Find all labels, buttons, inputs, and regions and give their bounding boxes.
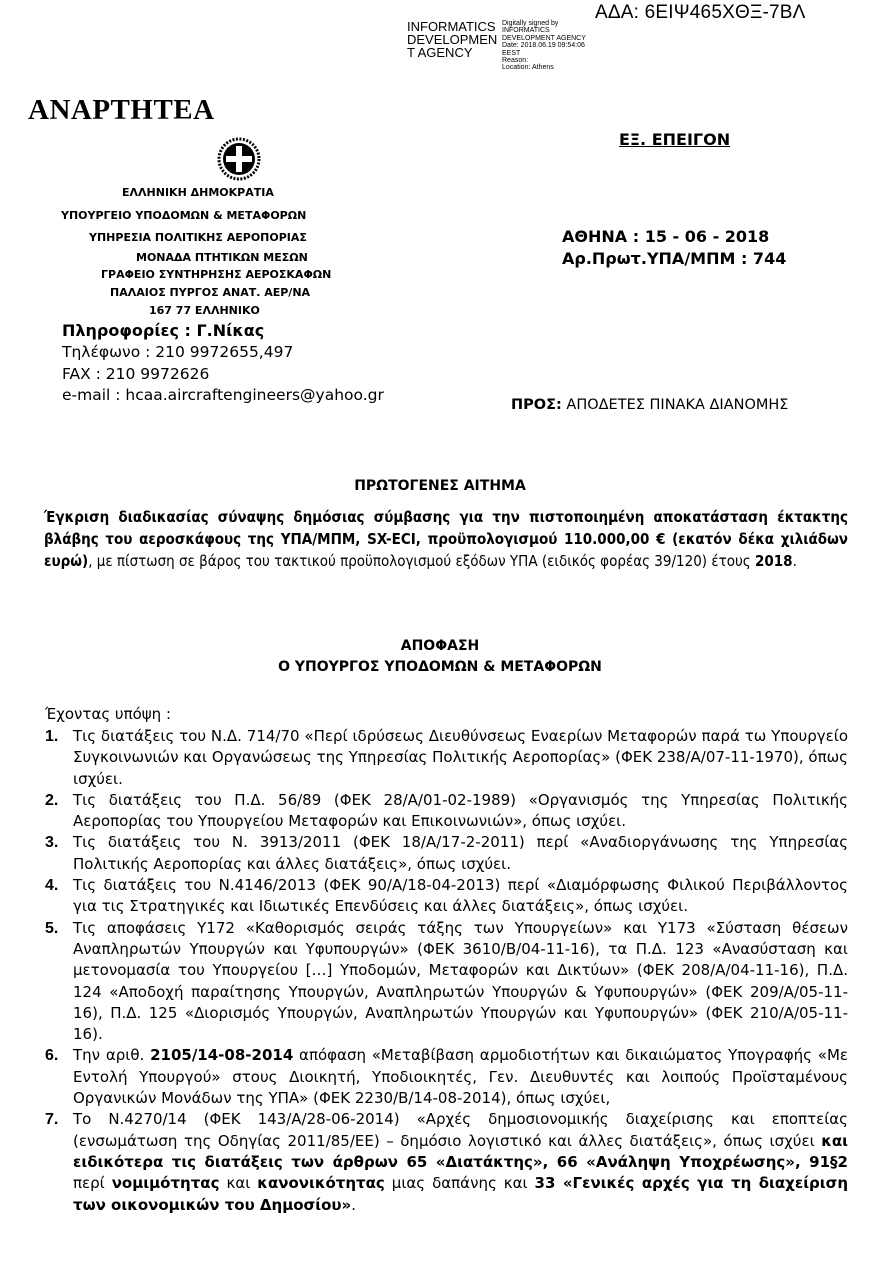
- urgency-label: ΕΞ. ΕΠΕΙΓΟΝ: [619, 130, 730, 149]
- ministry-name: ΥΠΟΥΡΓΕΙΟ ΥΠΟΔΟΜΩΝ & ΜΕΤΑΦΟΡΩΝ: [61, 206, 306, 226]
- date-protocol-block: ΑΘΗΝΑ : 15 - 06 - 2018 Αρ.Πρωτ.ΥΠΑ/ΜΠΜ :…: [562, 226, 786, 270]
- list-item-number: 6.: [45, 1045, 58, 1066]
- list-item-number: 3.: [45, 832, 58, 853]
- list-item: 4.Τις διατάξεις του Ν.4146/2013 (ΦΕΚ 90/…: [45, 875, 848, 918]
- decision-title: ΑΠΟΦΑΣΗ: [0, 638, 880, 654]
- list-item-number: 5.: [45, 918, 58, 939]
- request-title: ΠΡΩΤΟΓΕΝΕΣ ΑΙΤΗΜΑ: [0, 478, 880, 494]
- republic-name: ΕΛΛΗΝΙΚΗ ΔΗΜΟΚΡΑΤΙΑ: [122, 182, 274, 204]
- list-item-text: Την αριθ. 2105/14-08-2014 απόφαση «Μεταβ…: [73, 1046, 848, 1107]
- list-item-number: 2.: [45, 790, 58, 811]
- recipient-value: ΑΠΟΔΕΤΕΣ ΠΙΝΑΚΑ ΔΙΑΝΟΜΗΣ: [562, 397, 789, 413]
- contact-email[interactable]: e-mail : hcaa.aircraftengineers@yahoo.gr: [62, 386, 384, 404]
- contact-fax: FAX : 210 9972626: [62, 365, 209, 383]
- office-address: ΠΑΛΑΙΟΣ ΠΥΡΓΟΣ ΑΝΑΤ. ΑΕΡ/ΝΑ: [110, 286, 310, 299]
- considerations-list: 1.Τις διατάξεις του Ν.Δ. 714/70 «Περί ιδ…: [45, 726, 848, 1216]
- authority-name: ΥΠΗΡΕΣΙΑ ΠΟΛΙΤΙΚΗΣ ΑΕΡΟΠΟΡΙΑΣ: [89, 228, 307, 248]
- contact-person: Πληροφορίες : Γ.Νίκας: [62, 321, 264, 340]
- decision-subtitle: Ο ΥΠΟΥΡΓΟΣ ΥΠΟΔΟΜΩΝ & ΜΕΤΑΦΟΡΩΝ: [0, 659, 880, 675]
- protocol-number: Αρ.Πρωτ.ΥΠΑ/ΜΠΜ : 744: [562, 248, 786, 270]
- ministry-header: ΕΛΛΗΝΙΚΗ ΔΗΜΟΚΡΑΤΙΑ ΥΠΟΥΡΓΕΙΟ ΥΠΟΔΟΜΩΝ &…: [0, 0, 880, 330]
- contact-phone: Τηλέφωνο : 210 9972655,497: [62, 343, 293, 361]
- postal-address: 167 77 ΕΛΛΗΝΙΚΟ: [149, 304, 260, 317]
- list-item: 5.Τις αποφάσεις Υ172 «Καθορισμός σειράς …: [45, 918, 848, 1046]
- recipient-label: ΠΡΟΣ:: [511, 397, 562, 413]
- document-date: ΑΘΗΝΑ : 15 - 06 - 2018: [562, 226, 786, 248]
- list-item-text: Τις διατάξεις του Π.Δ. 56/89 (ΦΕΚ 28/Α/0…: [73, 791, 848, 830]
- list-item-number: 4.: [45, 875, 58, 896]
- unit-name: ΜΟΝΑΔΑ ΠΤΗΤΙΚΩΝ ΜΕΣΩΝ: [136, 251, 308, 264]
- list-item-number: 1.: [45, 726, 58, 747]
- list-item: 1.Τις διατάξεις του Ν.Δ. 714/70 «Περί ιδ…: [45, 726, 848, 790]
- list-item: 3.Τις διατάξεις του Ν. 3913/2011 (ΦΕΚ 18…: [45, 832, 848, 875]
- list-item-text: Το Ν.4270/14 (ΦΕΚ 143/Α/28-06-2014) «Αρχ…: [73, 1110, 848, 1213]
- recipient-line: ΠΡΟΣ: ΑΠΟΔΕΤΕΣ ΠΙΝΑΚΑ ΔΙΑΝΟΜΗΣ: [511, 397, 788, 413]
- list-item: 7.Το Ν.4270/14 (ΦΕΚ 143/Α/28-06-2014) «Α…: [45, 1109, 848, 1215]
- subject-paragraph: Έγκριση διαδικασίας σύναψης δημόσιας σύμ…: [44, 506, 848, 572]
- office-name: ΓΡΑΦΕΙΟ ΣΥΝΤΗΡΗΣΗΣ ΑΕΡΟΣΚΑΦΩΝ: [101, 268, 331, 281]
- list-item-text: Τις αποφάσεις Υ172 «Καθορισμός σειράς τά…: [73, 919, 848, 1043]
- considering-label: Έχοντας υπόψη :: [45, 705, 171, 723]
- list-item-number: 7.: [45, 1109, 58, 1130]
- subject-year: 2018: [755, 552, 793, 570]
- list-item-text: Τις διατάξεις του Ν. 3913/2011 (ΦΕΚ 18/Α…: [73, 833, 848, 872]
- list-item-text: Τις διατάξεις του Ν.Δ. 714/70 «Περί ιδρύ…: [73, 727, 848, 788]
- list-item-text: Τις διατάξεις του Ν.4146/2013 (ΦΕΚ 90/Α/…: [73, 876, 848, 915]
- list-item: 2.Τις διατάξεις του Π.Δ. 56/89 (ΦΕΚ 28/Α…: [45, 790, 848, 833]
- subject-normal: , με πίστωση σε βάρος του τακτικού προϋπ…: [88, 552, 755, 570]
- list-item: 6.Την αριθ. 2105/14-08-2014 απόφαση «Μετ…: [45, 1045, 848, 1109]
- subject-end: .: [793, 552, 797, 570]
